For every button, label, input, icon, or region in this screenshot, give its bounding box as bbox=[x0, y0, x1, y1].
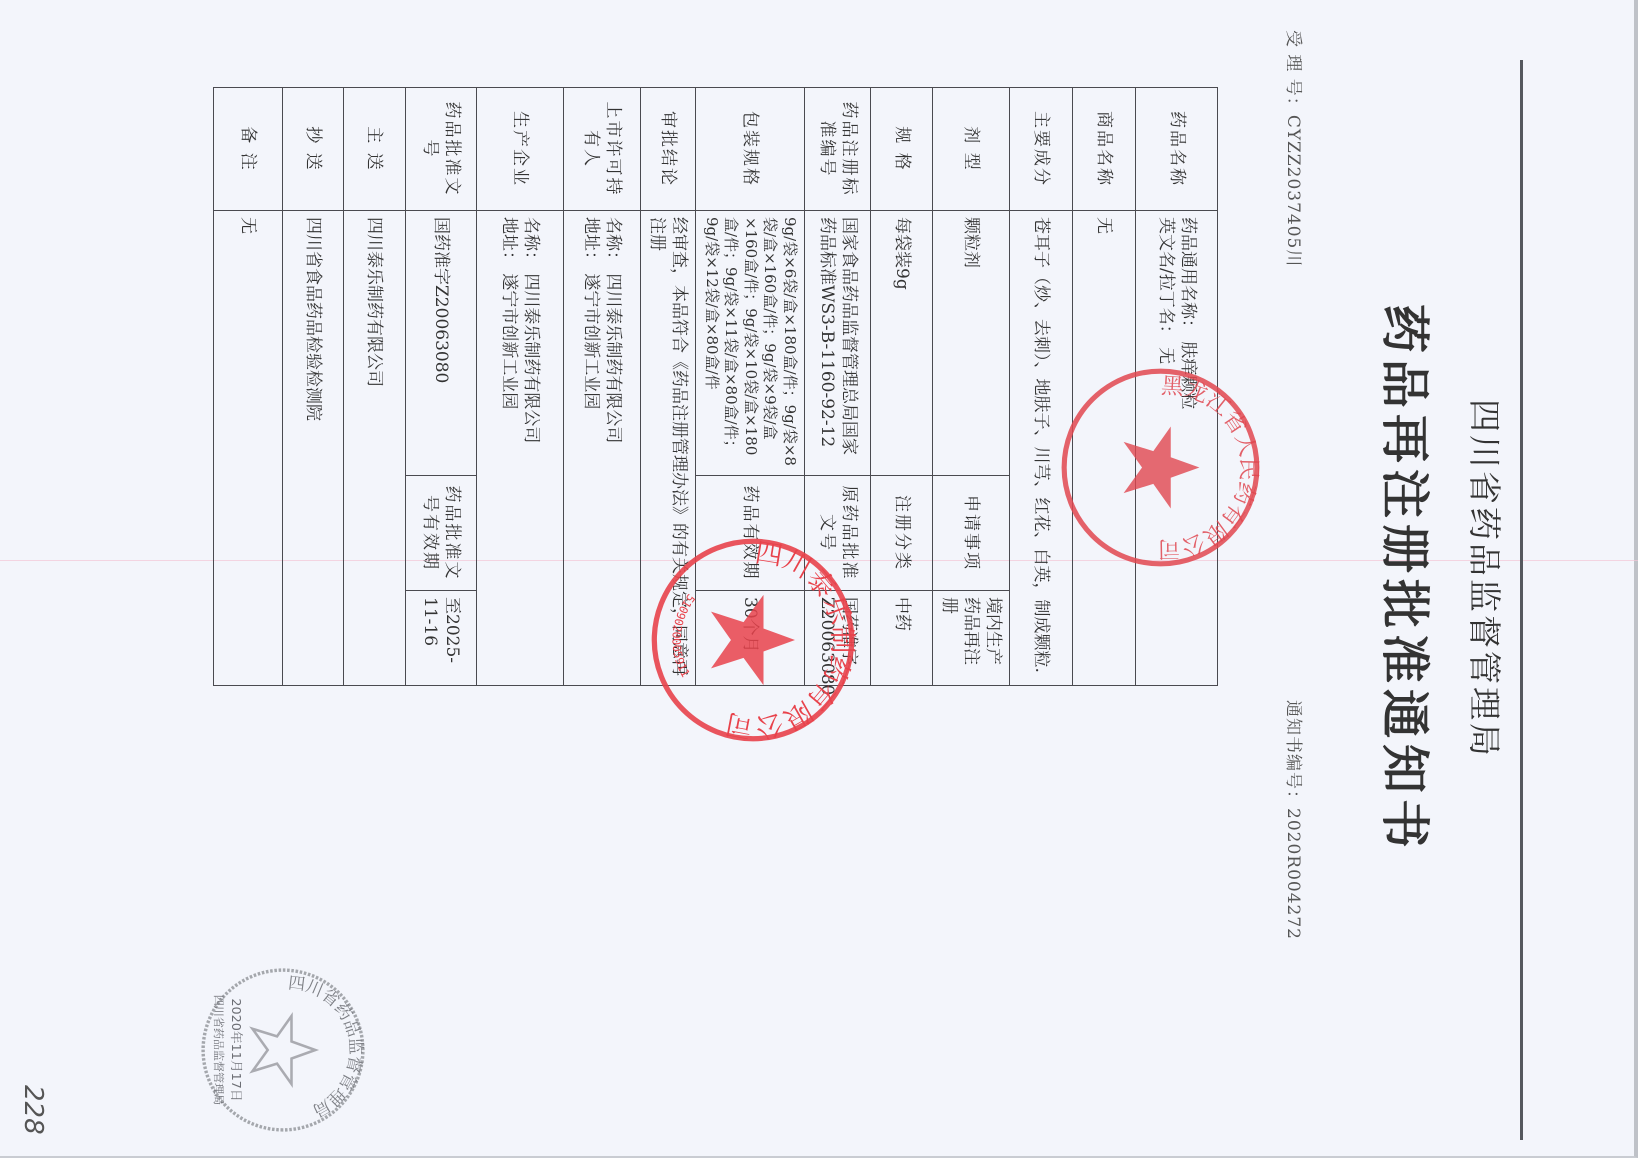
row-sub-label: 注册分类 bbox=[871, 476, 932, 591]
row-label: 审批结论 bbox=[641, 88, 695, 211]
standard-number-value: 国家食品药品监督管理总局国家药品标准WS3-B-1160-92-12 bbox=[804, 211, 871, 476]
table-row: 药品名称 药品通用名称： 肤痒颗粒 英文名/拉丁名： 无 bbox=[1136, 88, 1218, 686]
table-row: 包装规格 9g/袋×6袋/盒×180盒/件；9g/袋×8袋/盒×160盒/件；9… bbox=[695, 88, 804, 686]
table-row: 剂 型 颗粒剂 申请事项 境内生产药品再注册 bbox=[932, 88, 1009, 686]
remarks-value: 无 bbox=[214, 211, 283, 686]
agency-seal: 四川省药品监督管理局 2020年11月17日 四川省药品监督管理局 bbox=[198, 965, 368, 1135]
row-label: 上市许可持有人 bbox=[564, 88, 641, 211]
specification-value: 每袋装9g bbox=[871, 211, 932, 476]
trade-name-value: 无 bbox=[1072, 211, 1136, 686]
mah-address: 地址： 遂宁市创新工业园 bbox=[580, 217, 602, 679]
packaging-value: 9g/袋×6袋/盒×180盒/件；9g/袋×8袋/盒×160盒/件；9g/袋×9… bbox=[695, 211, 804, 476]
acceptance-number-value: CYZZ2037405川 bbox=[1283, 115, 1303, 268]
table-row: 主要成分 苍耳子（炒、去刺）、地肤子、川芎、红花、白英，制成颗粒. bbox=[1010, 88, 1072, 686]
mah-name: 名称： 四川泰乐制药有限公司 bbox=[602, 217, 624, 679]
table-row: 主 送 四川泰乐制药有限公司 bbox=[344, 88, 405, 686]
conclusion-value: 经审查，本品符合《药品注册管理办法》的有关规定，同意再注册 bbox=[641, 211, 695, 686]
english-latin-name: 英文名/拉丁名： 无 bbox=[1154, 217, 1176, 679]
issuing-agency: 四川省药品监督管理局 bbox=[1463, 0, 1510, 1158]
table-row: 抄 送 四川省食品药品检验检测院 bbox=[282, 88, 343, 686]
main-recipient-value: 四川泰乐制药有限公司 bbox=[344, 211, 405, 686]
row-label: 抄 送 bbox=[282, 88, 343, 211]
row-label: 商品名称 bbox=[1072, 88, 1136, 211]
table-row: 备 注 无 bbox=[214, 88, 283, 686]
notice-number-label: 通知书编号： bbox=[1283, 700, 1303, 808]
row-label: 主 送 bbox=[344, 88, 405, 211]
dosage-form-value: 颗粒剂 bbox=[932, 211, 1009, 476]
row-sub-label: 申请事项 bbox=[932, 476, 1009, 591]
table-row: 药品注册标准编号 国家食品药品监督管理总局国家药品标准WS3-B-1160-92… bbox=[804, 88, 871, 686]
application-item-value: 境内生产药品再注册 bbox=[932, 591, 1009, 686]
table-row: 商品名称 无 bbox=[1072, 88, 1136, 686]
row-label: 药品注册标准编号 bbox=[804, 88, 871, 211]
svg-text:2020年11月17日: 2020年11月17日 bbox=[228, 998, 244, 1101]
notice-number-value: 2020R004272 bbox=[1283, 808, 1303, 940]
original-approval-number-value: 国药准字Z20063080 bbox=[804, 591, 871, 686]
table-row: 生产企业 名称： 四川泰乐制药有限公司 地址： 遂宁市创新工业园 bbox=[477, 88, 564, 686]
table-row: 上市许可持有人 名称： 四川泰乐制药有限公司 地址： 遂宁市创新工业园 bbox=[564, 88, 641, 686]
table-row: 规 格 每袋装9g 注册分类 中药 bbox=[871, 88, 932, 686]
table-row: 药品批准文号 国药准字Z20063080 药品批准文号有效期 至2025-11-… bbox=[405, 88, 477, 686]
manufacturer-address: 地址： 遂宁市创新工业园 bbox=[498, 217, 520, 679]
notice-number: 通知书编号：2020R004272 bbox=[1283, 700, 1308, 940]
approval-number-value: 国药准字Z20063080 bbox=[405, 211, 477, 476]
table-row: 审批结论 经审查，本品符合《药品注册管理办法》的有关规定，同意再注册 bbox=[641, 88, 695, 686]
row-label: 药品批准文号 bbox=[405, 88, 477, 211]
row-sub-label: 药品有效期 bbox=[695, 476, 804, 591]
ingredients-value: 苍耳子（炒、去刺）、地肤子、川芎、红花、白英，制成颗粒. bbox=[1010, 211, 1072, 686]
header-rule bbox=[1520, 60, 1523, 1140]
registration-category-value: 中药 bbox=[871, 591, 932, 686]
acceptance-number: 受 理 号：CYZZ2037405川 bbox=[1283, 30, 1308, 267]
row-label: 剂 型 bbox=[932, 88, 1009, 211]
row-label: 备 注 bbox=[214, 88, 283, 211]
row-label: 规 格 bbox=[871, 88, 932, 211]
approval-table: 药品名称 药品通用名称： 肤痒颗粒 英文名/拉丁名： 无 商品名称 无 主要成分… bbox=[213, 87, 1218, 686]
acceptance-number-label: 受 理 号： bbox=[1283, 30, 1303, 115]
row-sub-label: 药品批准文号有效期 bbox=[405, 476, 477, 591]
scanned-page: 四川省药品监督管理局 药品再注册批准通知书 受 理 号：CYZZ2037405川… bbox=[0, 0, 1638, 1158]
shelf-life-value: 30个月 bbox=[695, 591, 804, 686]
cc-value: 四川省食品药品检验检测院 bbox=[282, 211, 343, 686]
manufacturer-name: 名称： 四川泰乐制药有限公司 bbox=[520, 217, 542, 679]
generic-name: 药品通用名称： 肤痒颗粒 bbox=[1177, 217, 1199, 679]
svg-text:四川省药品监督管理局: 四川省药品监督管理局 bbox=[212, 995, 226, 1105]
approval-validity-value: 至2025-11-16 bbox=[405, 591, 477, 686]
document-title: 药品再注册批准通知书 bbox=[1373, 0, 1443, 1158]
row-label: 生产企业 bbox=[477, 88, 564, 211]
row-label: 药品名称 bbox=[1136, 88, 1218, 211]
svg-text:四川省药品监督管理局: 四川省药品监督管理局 bbox=[287, 973, 365, 1120]
handwritten-page-number: 228 bbox=[18, 1085, 48, 1135]
row-label: 包装规格 bbox=[695, 88, 804, 211]
row-label: 主要成分 bbox=[1010, 88, 1072, 211]
row-sub-label: 原药品批准文号 bbox=[804, 476, 871, 591]
notice-document: 四川省药品监督管理局 药品再注册批准通知书 受 理 号：CYZZ2037405川… bbox=[0, 0, 1638, 1158]
